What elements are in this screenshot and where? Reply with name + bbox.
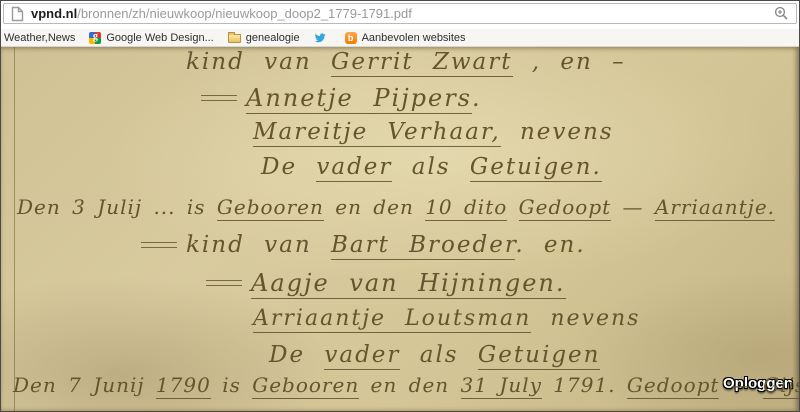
blogger-icon — [345, 32, 357, 44]
bookmark-item-google-web-design[interactable]: Google Web Design... — [89, 32, 213, 44]
bookmark-label: Aanbevolen websites — [362, 32, 466, 44]
handwriting-text: als — [400, 342, 478, 368]
handwriting-text: , en – — [513, 49, 626, 75]
handwriting-line: kind van Gerrit Zwart , en – — [186, 49, 626, 75]
url-host: vpnd.nl — [31, 6, 77, 21]
google-icon — [89, 32, 101, 44]
handwriting-text: Den 3 Julij ... is — [17, 195, 217, 219]
handwriting-line: Mareitje Verhaar, nevens — [253, 119, 614, 145]
twitter-icon — [314, 32, 326, 44]
handwriting-underlined-text: Gedoopt — [519, 195, 612, 221]
handwriting-text: 1791. — [542, 373, 627, 397]
handwriting-underlined-text: 31 July — [461, 373, 542, 399]
handwriting-underlined-text: vader — [324, 342, 400, 370]
bookmarks-bar: Weather,NewsGoogle Web Design...genealog… — [1, 29, 799, 47]
url-text: vpnd.nl/bronnen/zh/nieuwkoop/nieuwkoop_d… — [31, 6, 412, 21]
handwriting-underlined-text: Arriaantje. — [655, 195, 775, 221]
handwriting-underlined-text: Gerrit Zwart — [331, 49, 513, 77]
handwriting-underlined-text: Getuigen. — [470, 154, 602, 182]
handwriting-underlined-text: vader — [316, 154, 392, 182]
handwriting-underlined-text: Aagje van Hijningen. — [251, 269, 566, 299]
handwriting-underlined-text: Annetje Pijpers — [246, 84, 472, 114]
handwriting-underlined-text: Mareitje Verhaar, — [253, 119, 501, 147]
handwriting-text: als — [392, 154, 470, 180]
handwriting-underlined-text: Bart Broeder — [331, 232, 515, 260]
handwriting-text: Den 7 Junij — [13, 373, 156, 397]
handwriting-text: nevens — [531, 306, 640, 331]
handwriting-text: kind van — [186, 49, 331, 75]
bookmark-item-weather-news[interactable]: Weather,News — [4, 32, 75, 44]
handwriting-text: kind van — [186, 232, 331, 258]
browser-window: vpnd.nl/bronnen/zh/nieuwkoop/nieuwkoop_d… — [0, 0, 800, 412]
url-path: /bronnen/zh/nieuwkoop/nieuwkoop_doop2_17… — [77, 6, 412, 21]
handwriting-line: Aagje van Hijningen. — [206, 269, 566, 297]
handwriting-line: De vader als Getuigen — [269, 342, 600, 368]
bookmark-label: Google Web Design... — [106, 32, 213, 44]
bookmark-item-genealogie[interactable]: genealogie — [228, 32, 300, 44]
handwriting-underlined-text: Getuigen — [478, 342, 601, 370]
handwriting-underlined-text: Gebooren — [252, 373, 359, 399]
handwriting-text: De — [261, 154, 316, 180]
handwriting-line: kind van Bart Broeder. en. — [141, 232, 586, 258]
handwriting-text: is — [211, 373, 252, 397]
margin-rule-line — [14, 47, 15, 411]
handwriting-line: Annetje Pijpers. — [201, 84, 482, 112]
handwriting-text: en den — [359, 373, 460, 397]
bookmark-item-twitter[interactable] — [314, 32, 331, 44]
handwriting-text: nevens — [501, 119, 614, 145]
url-field[interactable]: vpnd.nl/bronnen/zh/nieuwkoop/nieuwkoop_d… — [3, 3, 797, 24]
handwriting-text — [507, 195, 518, 219]
handwriting-underlined-text: Gijsbert — [763, 373, 799, 399]
handwriting-text: — — [719, 373, 763, 397]
handwriting-text: . — [472, 84, 482, 112]
handwriting-underlined-text: Arriaantje Loutsman — [253, 306, 531, 333]
double-dash-mark — [206, 280, 242, 286]
pdf-document-page: Oploggen kind van Gerrit Zwart , en –Ann… — [1, 47, 799, 411]
address-bar: vpnd.nl/bronnen/zh/nieuwkoop/nieuwkoop_d… — [1, 1, 799, 29]
handwriting-text: — — [611, 195, 655, 219]
handwriting-line: De vader als Getuigen. — [261, 154, 602, 180]
bookmark-label: genealogie — [246, 32, 300, 44]
double-dash-mark — [141, 242, 177, 248]
bookmark-label: Weather,News — [4, 32, 75, 44]
handwriting-line: Arriaantje Loutsman nevens — [253, 306, 640, 331]
handwriting-line: Den 3 Julij ... is Gebooren en den 10 di… — [17, 195, 775, 219]
handwriting-text: en den — [324, 195, 425, 219]
handwriting-text: . en. — [515, 232, 585, 258]
handwriting-line: Den 7 Junij 1790 is Gebooren en den 31 J… — [13, 373, 799, 397]
folder-icon — [228, 34, 241, 43]
handwriting-underlined-text: 10 dito — [425, 195, 507, 221]
double-dash-mark — [201, 95, 237, 101]
handwriting-underlined-text: Gedoopt — [627, 373, 720, 399]
handwriting-text: De — [269, 342, 324, 368]
bookmark-item-aanbevolen-websites[interactable]: Aanbevolen websites — [345, 32, 466, 44]
handwriting-underlined-text: 1790 — [156, 373, 211, 399]
page-icon — [11, 6, 24, 22]
handwriting-underlined-text: Gebooren — [217, 195, 324, 221]
zoom-in-icon[interactable] — [774, 6, 789, 21]
